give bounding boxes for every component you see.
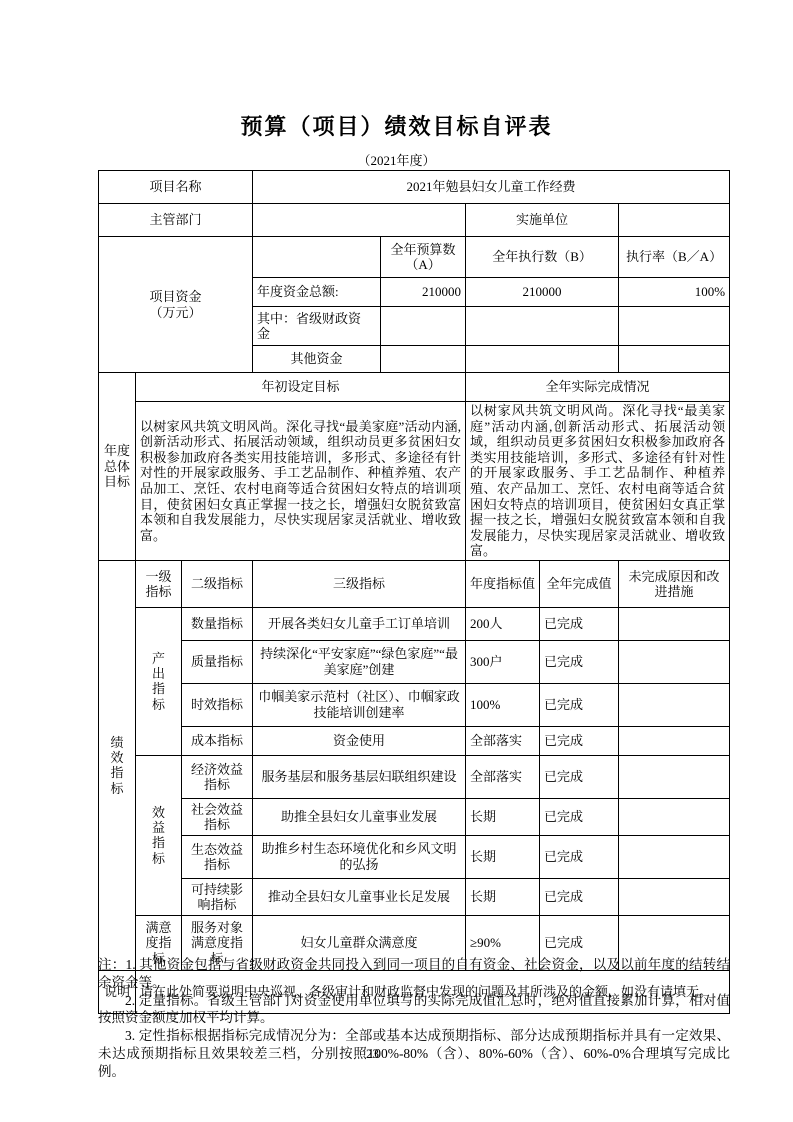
empty-cell xyxy=(253,237,381,278)
table-row: 成本指标 资金使用 全部落实 已完成 xyxy=(99,726,730,755)
indicator-l3: 巾帼美家示范村（社区）、巾帼家政技能培训创建率 xyxy=(253,683,466,726)
header-done: 全年完成值 xyxy=(540,560,619,607)
indicator-target: 长期 xyxy=(466,878,540,915)
fund-total-rate: 100% xyxy=(619,278,730,307)
page-title: 预算（项目）绩效目标自评表 xyxy=(0,110,793,141)
header-level1: 一级 指标 xyxy=(136,560,182,607)
indicator-l3: 服务基层和服务基层妇联组织建设 xyxy=(253,755,466,798)
fund-col-budget: 全年预算数 （A） xyxy=(381,237,466,278)
indicator-target: 300户 xyxy=(466,640,540,683)
table-row: 可持续影 响指标 推动全县妇女儿童事业长足发展 长期 已完成 xyxy=(99,878,730,915)
indicator-l3: 助推乡村生态环境优化和乡风文明的弘扬 xyxy=(253,835,466,878)
footnote-2: 2. 定量指标。省级主管部门对资金使用单位填写的实际完成值汇总时，绝对值直接累加… xyxy=(98,992,730,1028)
page-number: 23 xyxy=(366,1046,379,1062)
indicators-section-label: 绩 效 指 标 xyxy=(99,560,136,970)
group-benefit-label: 效 益 指 标 xyxy=(136,755,182,915)
indicator-reason xyxy=(619,640,730,683)
indicator-done: 已完成 xyxy=(540,726,619,755)
fund-total-budget: 210000 xyxy=(381,278,466,307)
fund-other-budget xyxy=(381,346,466,373)
table-row: 效 益 指 标 经济效益 指标 服务基层和服务基层妇联组织建设 全部落实 已完成 xyxy=(99,755,730,798)
footnotes: 注：1. 其他资金包括与省级财政资金共同投入到同一项目的自有资金、社会资金，以及… xyxy=(98,956,730,1081)
indicator-l2: 社会效益 指标 xyxy=(182,798,253,835)
fund-other-label: 其他资金 xyxy=(253,346,381,373)
fund-total-label: 年度资金总额: xyxy=(253,278,381,307)
project-name-value: 2021年勉县妇女儿童工作经费 xyxy=(253,171,730,204)
footnote-1: 注：1. 其他资金包括与省级财政资金共同投入到同一项目的自有资金、社会资金，以及… xyxy=(98,956,730,992)
fund-provincial-label: 其中：省级财政资 金 xyxy=(253,307,381,346)
indicator-done: 已完成 xyxy=(540,835,619,878)
self-evaluation-table: 项目名称 2021年勉县妇女儿童工作经费 主管部门 实施单位 项目资金 （万元）… xyxy=(98,170,730,1014)
indicator-l2: 生态效益 指标 xyxy=(182,835,253,878)
indicator-l2: 数量指标 xyxy=(182,607,253,640)
goal-col-actual: 全年实际完成情况 xyxy=(466,373,730,402)
fund-col-exec: 全年执行数（B） xyxy=(466,237,619,278)
fund-section-label: 项目资金 （万元） xyxy=(99,237,253,373)
goal-actual-text: 以树家风共筑文明风尚。深化寻找“最美家庭”活动内涵,创新活动形式、拓展活动领域，… xyxy=(466,402,730,561)
footnote-3: 3. 定性指标根据指标完成情况分为：全部或基本达成预期指标、部分达成预期指标并具… xyxy=(98,1027,730,1080)
indicator-reason xyxy=(619,755,730,798)
indicator-target: 长期 xyxy=(466,835,540,878)
indicator-reason xyxy=(619,878,730,915)
indicator-l3: 开展各类妇女儿童手工订单培训 xyxy=(253,607,466,640)
indicator-reason xyxy=(619,607,730,640)
goal-section-label: 年度 总体 目标 xyxy=(99,373,136,561)
fund-provincial-rate xyxy=(619,307,730,346)
table-row: 产 出 指 标 数量指标 开展各类妇女儿童手工订单培训 200人 已完成 xyxy=(99,607,730,640)
goal-col-set: 年初设定目标 xyxy=(136,373,466,402)
indicator-l3: 资金使用 xyxy=(253,726,466,755)
indicator-target: 长期 xyxy=(466,798,540,835)
table-row: 社会效益 指标 助推全县妇女儿童事业发展 长期 已完成 xyxy=(99,798,730,835)
indicator-done: 已完成 xyxy=(540,878,619,915)
fund-provincial-budget xyxy=(381,307,466,346)
header-reason: 未完成原因和改 进措施 xyxy=(619,560,730,607)
indicator-done: 已完成 xyxy=(540,755,619,798)
indicator-target: 全部落实 xyxy=(466,755,540,798)
indicator-l3: 助推全县妇女儿童事业发展 xyxy=(253,798,466,835)
dept-label: 主管部门 xyxy=(99,204,253,237)
indicator-l3: 持续深化“平安家庭”“绿色家庭”“最美家庭”创建 xyxy=(253,640,466,683)
table-row: 生态效益 指标 助推乡村生态环境优化和乡风文明的弘扬 长期 已完成 xyxy=(99,835,730,878)
indicator-reason xyxy=(619,835,730,878)
fund-col-rate: 执行率（B／A） xyxy=(619,237,730,278)
indicator-l2: 时效指标 xyxy=(182,683,253,726)
indicator-l3: 推动全县妇女儿童事业长足发展 xyxy=(253,878,466,915)
header-level3: 三级指标 xyxy=(253,560,466,607)
impl-unit-label: 实施单位 xyxy=(466,204,619,237)
indicator-l2: 可持续影 响指标 xyxy=(182,878,253,915)
indicator-done: 已完成 xyxy=(540,683,619,726)
header-target: 年度指标值 xyxy=(466,560,540,607)
fund-other-rate xyxy=(619,346,730,373)
header-level2: 二级指标 xyxy=(182,560,253,607)
indicator-reason xyxy=(619,683,730,726)
indicator-l2: 质量指标 xyxy=(182,640,253,683)
table-row: 时效指标 巾帼美家示范村（社区）、巾帼家政技能培训创建率 100% 已完成 xyxy=(99,683,730,726)
indicator-target: 100% xyxy=(466,683,540,726)
fund-total-exec: 210000 xyxy=(466,278,619,307)
table-row: 质量指标 持续深化“平安家庭”“绿色家庭”“最美家庭”创建 300户 已完成 xyxy=(99,640,730,683)
project-name-label: 项目名称 xyxy=(99,171,253,204)
indicator-reason xyxy=(619,726,730,755)
indicator-done: 已完成 xyxy=(540,607,619,640)
indicator-l2: 成本指标 xyxy=(182,726,253,755)
goal-set-text: 以树家风共筑文明风尚。深化寻找“最美家庭”活动内涵,创新活动形式、拓展活动领域，… xyxy=(136,402,466,561)
indicator-target: 全部落实 xyxy=(466,726,540,755)
fund-provincial-exec xyxy=(466,307,619,346)
indicator-l2: 经济效益 指标 xyxy=(182,755,253,798)
indicator-reason xyxy=(619,798,730,835)
indicator-done: 已完成 xyxy=(540,640,619,683)
dept-value xyxy=(253,204,466,237)
indicator-target: 200人 xyxy=(466,607,540,640)
page-subtitle: （2021年度） xyxy=(0,150,793,169)
impl-unit-value xyxy=(619,204,730,237)
group-output-label: 产 出 指 标 xyxy=(136,607,182,755)
indicator-done: 已完成 xyxy=(540,798,619,835)
fund-other-exec xyxy=(466,346,619,373)
